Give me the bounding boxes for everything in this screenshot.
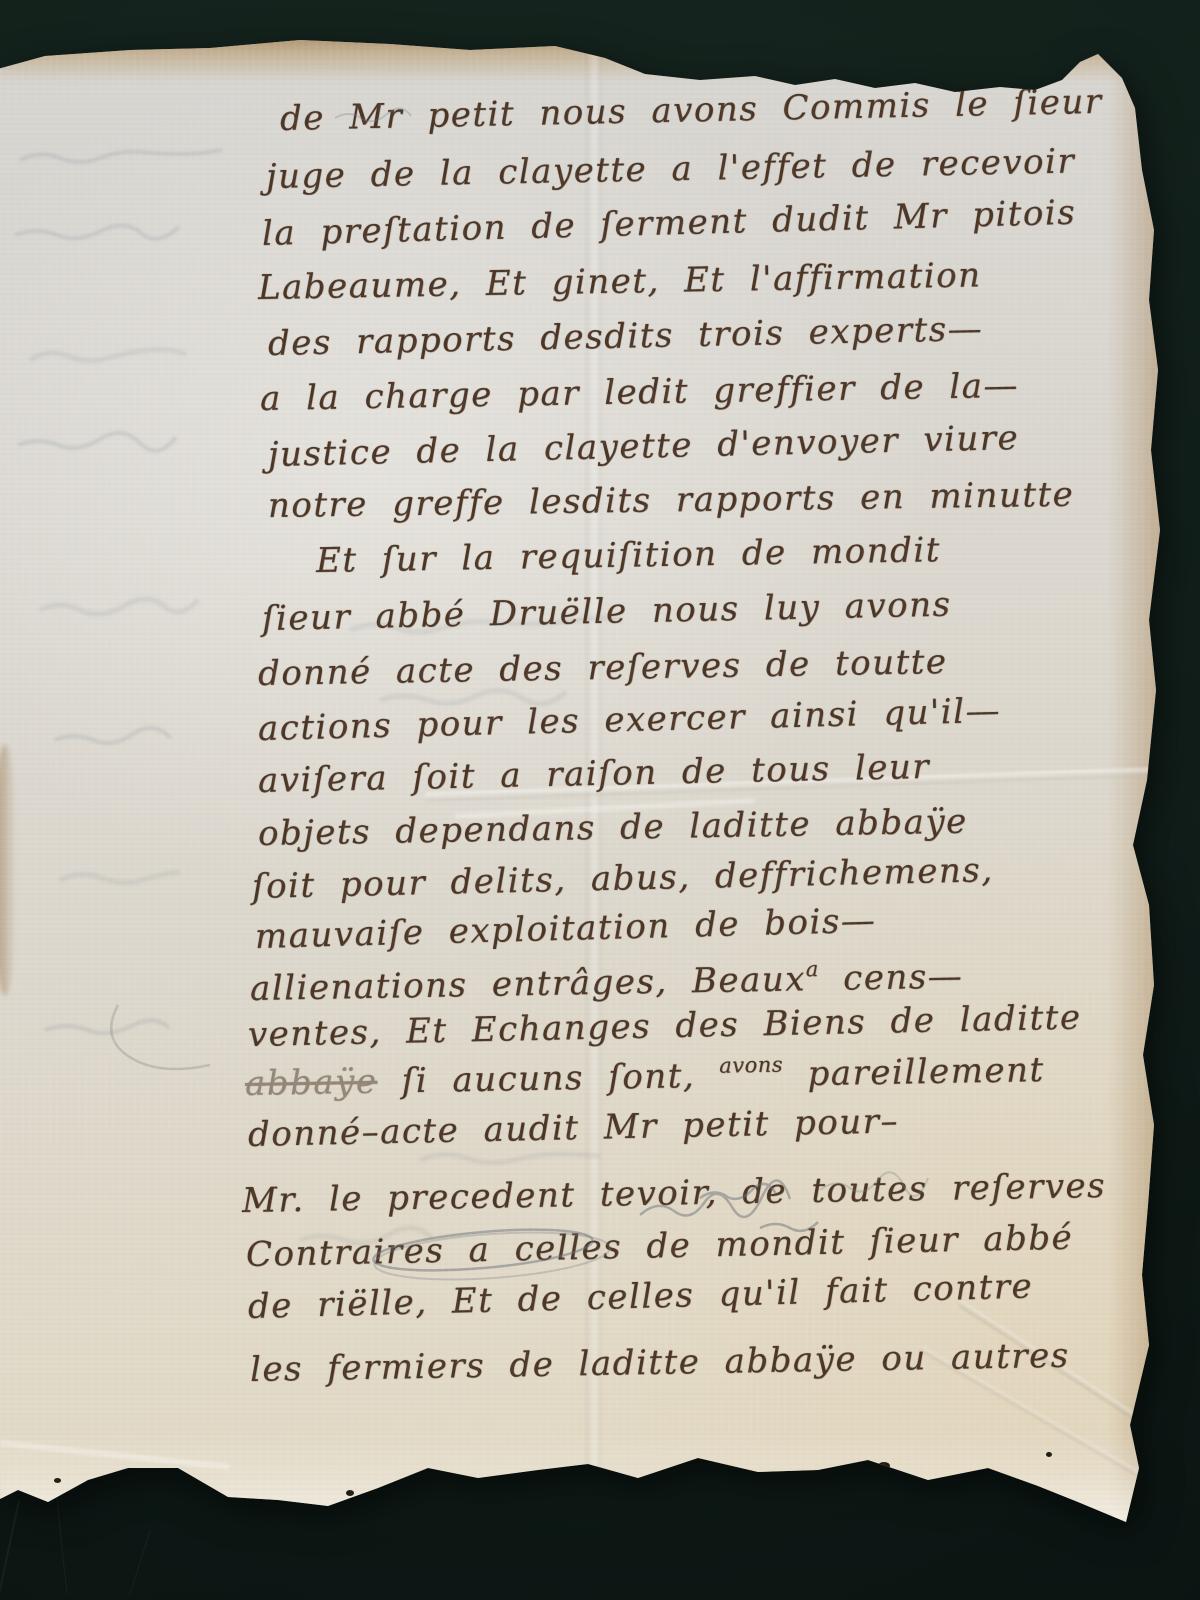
manuscript-segment: les fermiers de laditte abbaÿe ou autres [250,1336,1070,1390]
ink-speck [1046,1452,1052,1457]
manuscript-segment: Et ſur la requiſition de mondit [316,530,942,581]
manuscript-line: ſieur abbé Druëlle nous luy avons [262,585,952,639]
manuscript-line: donné–acte audit Mr petit pour– [248,1101,900,1155]
manuscript-segment: de riëlle, Et de celles qu'il fait contr… [247,1266,1033,1327]
manuscript-line: les fermiers de laditte abbaÿe ou autres [250,1336,1070,1390]
manuscript-line: allienations entrâges, Beauxa cens— [250,955,964,1009]
ink-speck [54,1478,61,1483]
ink-speck [356,1500,361,1504]
manuscript-segment: ſoit pour delits, abus, deffrichemens, [252,850,994,907]
manuscript-line: abbaÿe ſi aucuns ſont, avons pareillemen… [245,1048,1045,1104]
interlinear-insertion: avons [719,1053,783,1078]
manuscript-segment: donné–acte audit Mr petit pour– [248,1101,900,1155]
manuscript-line: donné acte des reſerves de toutte [258,642,948,694]
manuscript-segment: Mr. le precedent tevoir, de toutes reſer… [242,1166,1107,1221]
manuscript-line: Mr. le precedent tevoir, de toutes reſer… [242,1166,1107,1221]
manuscript-segment: donné acte des reſerves de toutte [258,642,948,694]
manuscript-page-wrap: de Mr petit nous avons Commis le ſieurju… [0,0,1200,1600]
manuscript-line: de Mr petit nous avons Commis le ſieur [280,82,1103,139]
manuscript-segment: aviſera ſoit a raiſon de tous leur [258,747,931,801]
manuscript-line: a la charge par ledit greffier de la— [260,366,1020,419]
manuscript-line: ſoit pour delits, abus, deffrichemens, [252,850,994,907]
manuscript-segment: la preſtation de ſerment dudit Mr pitois [261,193,1076,254]
manuscript-line: Contraires a celles de mondit ſieur abbé [246,1218,1074,1275]
manuscript-segment: pareillement [783,1050,1045,1095]
ink-speck [878,1462,890,1470]
manuscript-line: objets dependans de laditte abbaÿe [258,802,968,854]
manuscript-segment: de Mr petit nous avons Commis le ſieur [280,82,1103,139]
manuscript-segment: ſieur abbé Druëlle nous luy avons [262,585,952,639]
manuscript-segment: notre greffe lesdits rapports en minutte [268,475,1075,526]
manuscript-text: de Mr petit nous avons Commis le ſieurju… [0,0,1200,1600]
manuscript-segment: Labeaume, Et ginet, Et l'affirmation [258,255,982,308]
manuscript-segment: cens— [819,957,964,1000]
struck-word: abbaÿe [245,1062,378,1104]
manuscript-line: actions pour les exercer ainsi qu'il— [258,691,1002,749]
manuscript-line: notre greffe lesdits rapports en minutte [268,475,1075,526]
manuscript-line: aviſera ſoit a raiſon de tous leur [258,747,931,801]
photo-background: de Mr petit nous avons Commis le ſieurju… [0,0,1200,1600]
manuscript-page: de Mr petit nous avons Commis le ſieurju… [0,0,1200,1600]
manuscript-segment: objets dependans de laditte abbaÿe [258,802,968,854]
manuscript-segment: mauvaiſe exploitation de bois— [254,901,876,957]
manuscript-segment: justice de la clayette d'envoyer viure [268,418,1020,475]
manuscript-line: justice de la clayette d'envoyer viure [268,418,1020,475]
manuscript-segment: a la charge par ledit greffier de la— [260,366,1020,419]
manuscript-segment: Contraires a celles de mondit ſieur abbé [246,1218,1074,1275]
manuscript-line: des rapports desdits trois experts— [268,309,984,364]
ink-speck [638,1508,648,1514]
manuscript-segment: des rapports desdits trois experts— [268,309,984,364]
manuscript-segment: ſi aucuns ſont, [377,1056,720,1102]
manuscript-line: Et ſur la requiſition de mondit [316,530,942,581]
manuscript-line: mauvaiſe exploitation de bois— [254,901,876,957]
interlinear-insertion: a [806,957,819,981]
ink-speck [346,1490,354,1496]
manuscript-line: juge de la clayette a l'effet de recevoi… [266,141,1076,197]
manuscript-line: de riëlle, Et de celles qu'il fait contr… [247,1266,1033,1327]
manuscript-segment: allienations entrâges, Beaux [250,959,807,1009]
manuscript-line: Labeaume, Et ginet, Et l'affirmation [258,255,982,308]
manuscript-segment: juge de la clayette a l'effet de recevoi… [266,141,1076,197]
manuscript-segment: actions pour les exercer ainsi qu'il— [258,691,1002,749]
photo: { "photo": { "background_color": "#0d181… [0,0,1200,1600]
manuscript-line: la preſtation de ſerment dudit Mr pitois [261,193,1076,254]
